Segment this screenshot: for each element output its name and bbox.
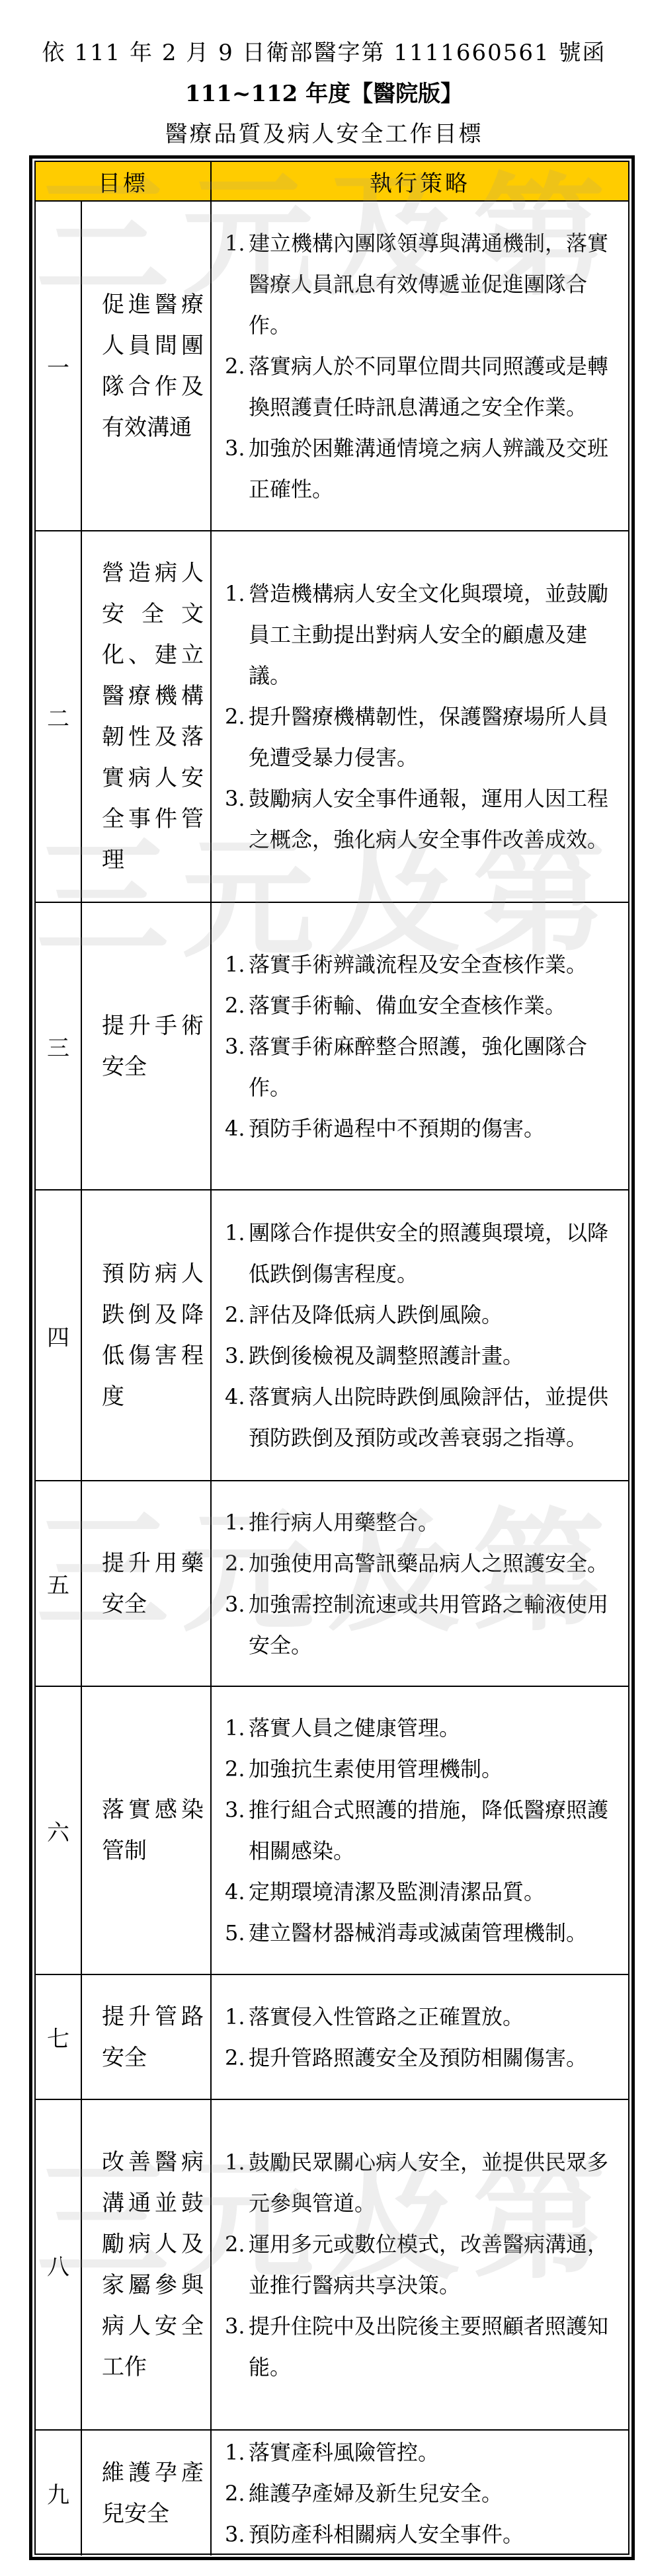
goal-number: 九 (36, 2430, 81, 2556)
strategy-number: 2. (225, 985, 249, 1026)
strategy-number: 5. (225, 1912, 249, 1953)
strategy-number: 2. (225, 2224, 249, 2265)
strategy-number: 2. (225, 1294, 249, 1335)
strategy-number: 1. (225, 944, 249, 985)
strategy-item: 3.鼓勵病人安全事件通報，運用人因工程之概念，強化病人安全事件改善成效。 (225, 778, 626, 860)
document-reference-line: 依 111 年 2 月 9 日衛部醫字第 1111660561 號函 (0, 40, 648, 66)
strategy-text: 預防手術過程中不預期的傷害。 (249, 1116, 545, 1141)
goal-number: 三 (36, 902, 81, 1190)
strategy-item: 1.建立機構內團隊領導與溝通機制，落實醫療人員訊息有效傳遞並促進團隊合作。 (225, 223, 626, 346)
goal-title: 落實感染管制 (81, 1686, 211, 1974)
strategy-number: 3. (225, 1026, 249, 1067)
strategy-number: 1. (225, 2432, 249, 2473)
strategy-text: 鼓勵病人安全事件通報，運用人因工程之概念，強化病人安全事件改善成效。 (249, 786, 608, 852)
strategy-item: 2.加強使用高警訊藥品病人之照護安全。 (225, 1543, 626, 1584)
strategy-text: 提升醫療機構韌性，保護醫療場所人員免遭受暴力侵害。 (249, 704, 608, 770)
goal-title: 改善醫病溝通並鼓勵病人及家屬參與病人安全工作 (81, 2099, 211, 2430)
strategy-text: 落實侵入性管路之正確置放。 (249, 2004, 524, 2029)
strategy-item: 1.鼓勵民眾關心病人安全，並提供民眾多元參與管道。 (225, 2142, 626, 2224)
strategy-text: 鼓勵民眾關心病人安全，並提供民眾多元參與管道。 (249, 2150, 608, 2216)
strategy-text: 推行病人用藥整合。 (249, 1510, 439, 1535)
strategy-number: 4. (225, 1871, 249, 1912)
strategy-number: 1. (225, 223, 249, 264)
goal-number: 八 (36, 2099, 81, 2430)
strategy-item: 4.落實病人出院時跌倒風險評估，並提供預防跌倒及預防或改善衰弱之指導。 (225, 1376, 626, 1458)
strategy-number: 1. (225, 1707, 249, 1748)
goal-title: 提升用藥安全 (81, 1481, 211, 1686)
goal-title: 維護孕產兒安全 (81, 2430, 211, 2556)
strategy-item: 4.定期環境清潔及監測清潔品質。 (225, 1871, 626, 1912)
strategy-item: 2.維護孕產婦及新生兒安全。 (225, 2473, 626, 2514)
strategy-text: 跌倒後檢視及調整照護計畫。 (249, 1343, 524, 1368)
strategy-list: 1.營造機構病人安全文化與環境，並鼓勵員工主動提出對病人安全的顧慮及建議。2.提… (211, 531, 628, 902)
strategy-number: 2. (225, 696, 249, 737)
goal-title: 營造病人安全文化、建立醫療機構韌性及落實病人安全事件管理 (81, 531, 211, 902)
strategy-number: 3. (225, 1789, 249, 1830)
strategy-number: 4. (225, 1376, 249, 1417)
strategy-item: 2.提升管路照護安全及預防相關傷害。 (225, 2037, 626, 2078)
strategy-number: 3. (225, 1335, 249, 1376)
strategy-item: 3.跌倒後檢視及調整照護計畫。 (225, 1335, 626, 1376)
strategy-list: 1.落實人員之健康管理。2.加強抗生素使用管理機制。3.推行組合式照護的措施，降… (211, 1686, 628, 1974)
strategy-number: 2. (225, 2473, 249, 2514)
strategy-item: 3.落實手術麻醉整合照護，強化團隊合作。 (225, 1026, 626, 1108)
strategy-item: 1.落實侵入性管路之正確置放。 (225, 1996, 626, 2037)
strategy-item: 3.加強需控制流速或共用管路之輸液使用安全。 (225, 1584, 626, 1666)
table-row: 一促進醫療人員間團隊合作及有效溝通1.建立機構內團隊領導與溝通機制，落實醫療人員… (36, 201, 628, 531)
strategy-number: 2. (225, 1748, 249, 1789)
strategy-text: 加強需控制流速或共用管路之輸液使用安全。 (249, 1592, 608, 1658)
strategy-item: 1.落實人員之健康管理。 (225, 1707, 626, 1748)
strategy-text: 提升住院中及出院後主要照顧者照護知能。 (249, 2314, 608, 2380)
strategy-item: 5.建立醫材器械消毒或滅菌管理機制。 (225, 1912, 626, 1953)
table-row: 三提升手術安全1.落實手術辨識流程及安全查核作業。2.落實手術輸、備血安全查核作… (36, 902, 628, 1190)
strategy-list: 1.團隊合作提供安全的照護與環境，以降低跌倒傷害程度。2.評估及降低病人跌倒風險… (211, 1190, 628, 1481)
document-edition-title: 111~112 年度【醫院版】 (0, 81, 648, 107)
strategy-item: 2.落實病人於不同單位間共同照護或是轉換照護責任時訊息溝通之安全作業。 (225, 346, 626, 428)
strategy-number: 3. (225, 778, 249, 819)
column-header-strategy: 執行策略 (211, 162, 628, 201)
strategy-number: 1. (225, 573, 249, 614)
strategy-number: 2. (225, 346, 249, 387)
goal-title: 促進醫療人員間團隊合作及有效溝通 (81, 201, 211, 531)
table-row: 二營造病人安全文化、建立醫療機構韌性及落實病人安全事件管理1.營造機構病人安全文… (36, 531, 628, 902)
strategy-item: 1.落實產科風險管控。 (225, 2432, 626, 2473)
goal-number: 七 (36, 1974, 81, 2099)
goal-title: 提升管路安全 (81, 1974, 211, 2099)
strategy-list: 1.落實產科風險管控。2.維護孕產婦及新生兒安全。3.預防產科相關病人安全事件。 (211, 2430, 628, 2556)
strategy-item: 2.評估及降低病人跌倒風險。 (225, 1294, 626, 1335)
strategy-text: 落實人員之健康管理。 (249, 1715, 460, 1740)
strategy-list: 1.鼓勵民眾關心病人安全，並提供民眾多元參與管道。2.運用多元或數位模式，改善醫… (211, 2099, 628, 2430)
strategy-item: 1.推行病人用藥整合。 (225, 1502, 626, 1543)
strategy-number: 1. (225, 1502, 249, 1543)
strategy-number: 3. (225, 1584, 249, 1625)
table-row: 六落實感染管制1.落實人員之健康管理。2.加強抗生素使用管理機制。3.推行組合式… (36, 1686, 628, 1974)
table-row: 九維護孕產兒安全1.落實產科風險管控。2.維護孕產婦及新生兒安全。3.預防產科相… (36, 2430, 628, 2556)
table-row: 八改善醫病溝通並鼓勵病人及家屬參與病人安全工作1.鼓勵民眾關心病人安全，並提供民… (36, 2099, 628, 2430)
strategy-item: 1.營造機構病人安全文化與環境，並鼓勵員工主動提出對病人安全的顧慮及建議。 (225, 573, 626, 696)
goal-number: 二 (36, 531, 81, 902)
strategy-item: 3.加強於困難溝通情境之病人辨識及交班正確性。 (225, 428, 626, 510)
strategy-list: 1.落實侵入性管路之正確置放。2.提升管路照護安全及預防相關傷害。 (211, 1974, 628, 2099)
strategy-text: 落實病人於不同單位間共同照護或是轉換照護責任時訊息溝通之安全作業。 (249, 354, 608, 420)
goal-number: 一 (36, 201, 81, 531)
strategy-item: 1.團隊合作提供安全的照護與環境，以降低跌倒傷害程度。 (225, 1212, 626, 1294)
strategy-item: 2.加強抗生素使用管理機制。 (225, 1748, 626, 1789)
strategy-item: 3.推行組合式照護的措施，降低醫療照護相關感染。 (225, 1789, 626, 1871)
goal-title: 提升手術安全 (81, 902, 211, 1190)
goal-number: 四 (36, 1190, 81, 1481)
strategy-text: 營造機構病人安全文化與環境，並鼓勵員工主動提出對病人安全的顧慮及建議。 (249, 581, 608, 688)
strategy-text: 團隊合作提供安全的照護與環境，以降低跌倒傷害程度。 (249, 1220, 608, 1286)
strategy-number: 4. (225, 1108, 249, 1149)
strategy-number: 2. (225, 1543, 249, 1584)
table-header-row: 目標 執行策略 (36, 162, 628, 201)
strategy-text: 落實病人出院時跌倒風險評估，並提供預防跌倒及預防或改善衰弱之指導。 (249, 1384, 608, 1450)
frame-inner: 目標 執行策略 一促進醫療人員間團隊合作及有效溝通1.建立機構內團隊領導與溝通機… (34, 161, 629, 2555)
strategy-item: 4.預防手術過程中不預期的傷害。 (225, 1108, 626, 1149)
strategy-text: 落實手術辨識流程及安全查核作業。 (249, 952, 587, 977)
strategy-number: 3. (225, 428, 249, 469)
frame-gap: 目標 執行策略 一促進醫療人員間團隊合作及有效溝通1.建立機構內團隊領導與溝通機… (32, 159, 631, 2557)
page-title: 醫療品質及病人安全工作目標 (0, 121, 648, 147)
goals-table-frame: 目標 執行策略 一促進醫療人員間團隊合作及有效溝通1.建立機構內團隊領導與溝通機… (29, 155, 635, 2560)
goal-number: 五 (36, 1481, 81, 1686)
strategy-text: 推行組合式照護的措施，降低醫療照護相關感染。 (249, 1797, 608, 1863)
strategy-text: 建立醫材器械消毒或滅菌管理機制。 (249, 1920, 587, 1945)
strategy-text: 加強於困難溝通情境之病人辨識及交班正確性。 (249, 436, 608, 502)
strategy-number: 1. (225, 2142, 249, 2183)
strategy-list: 1.推行病人用藥整合。2.加強使用高警訊藥品病人之照護安全。3.加強需控制流速或… (211, 1481, 628, 1686)
strategy-item: 2.落實手術輸、備血安全查核作業。 (225, 985, 626, 1026)
strategy-number: 1. (225, 1996, 249, 2037)
goal-number: 六 (36, 1686, 81, 1974)
strategy-text: 建立機構內團隊領導與溝通機制，落實醫療人員訊息有效傳遞並促進團隊合作。 (249, 231, 608, 338)
table-row: 七提升管路安全1.落實侵入性管路之正確置放。2.提升管路照護安全及預防相關傷害。 (36, 1974, 628, 2099)
strategy-text: 運用多元或數位模式，改善醫病溝通，並推行醫病共享決策。 (249, 2232, 608, 2298)
strategy-number: 1. (225, 1212, 249, 1253)
strategy-text: 定期環境清潔及監測清潔品質。 (249, 1879, 545, 1904)
strategy-text: 預防產科相關病人安全事件。 (249, 2522, 524, 2547)
strategy-item: 2.運用多元或數位模式，改善醫病溝通，並推行醫病共享決策。 (225, 2224, 626, 2306)
strategy-text: 提升管路照護安全及預防相關傷害。 (249, 2045, 587, 2070)
strategy-number: 3. (225, 2514, 249, 2555)
strategy-text: 維護孕產婦及新生兒安全。 (249, 2481, 503, 2506)
strategy-item: 2.提升醫療機構韌性，保護醫療場所人員免遭受暴力侵害。 (225, 696, 626, 778)
table-row: 五提升用藥安全1.推行病人用藥整合。2.加強使用高警訊藥品病人之照護安全。3.加… (36, 1481, 628, 1686)
strategy-list: 1.建立機構內團隊領導與溝通機制，落實醫療人員訊息有效傳遞並促進團隊合作。2.落… (211, 201, 628, 531)
strategy-text: 落實手術輸、備血安全查核作業。 (249, 993, 566, 1018)
strategy-text: 加強使用高警訊藥品病人之照護安全。 (249, 1551, 608, 1576)
goals-table: 目標 執行策略 一促進醫療人員間團隊合作及有效溝通1.建立機構內團隊領導與溝通機… (36, 162, 628, 2556)
strategy-number: 2. (225, 2037, 249, 2078)
strategy-text: 評估及降低病人跌倒風險。 (249, 1302, 503, 1327)
strategy-item: 3.提升住院中及出院後主要照顧者照護知能。 (225, 2306, 626, 2388)
strategy-text: 加強抗生素使用管理機制。 (249, 1756, 503, 1781)
goal-title: 預防病人跌倒及降低傷害程度 (81, 1190, 211, 1481)
column-header-goal: 目標 (36, 162, 211, 201)
strategy-text: 落實產科風險管控。 (249, 2440, 439, 2465)
strategy-number: 3. (225, 2306, 249, 2347)
strategy-text: 落實手術麻醉整合照護，強化團隊合作。 (249, 1034, 587, 1100)
strategy-item: 3.預防產科相關病人安全事件。 (225, 2514, 626, 2555)
table-row: 四預防病人跌倒及降低傷害程度1.團隊合作提供安全的照護與環境，以降低跌倒傷害程度… (36, 1190, 628, 1481)
strategy-list: 1.落實手術辨識流程及安全查核作業。2.落實手術輸、備血安全查核作業。3.落實手… (211, 902, 628, 1190)
strategy-item: 1.落實手術辨識流程及安全查核作業。 (225, 944, 626, 985)
